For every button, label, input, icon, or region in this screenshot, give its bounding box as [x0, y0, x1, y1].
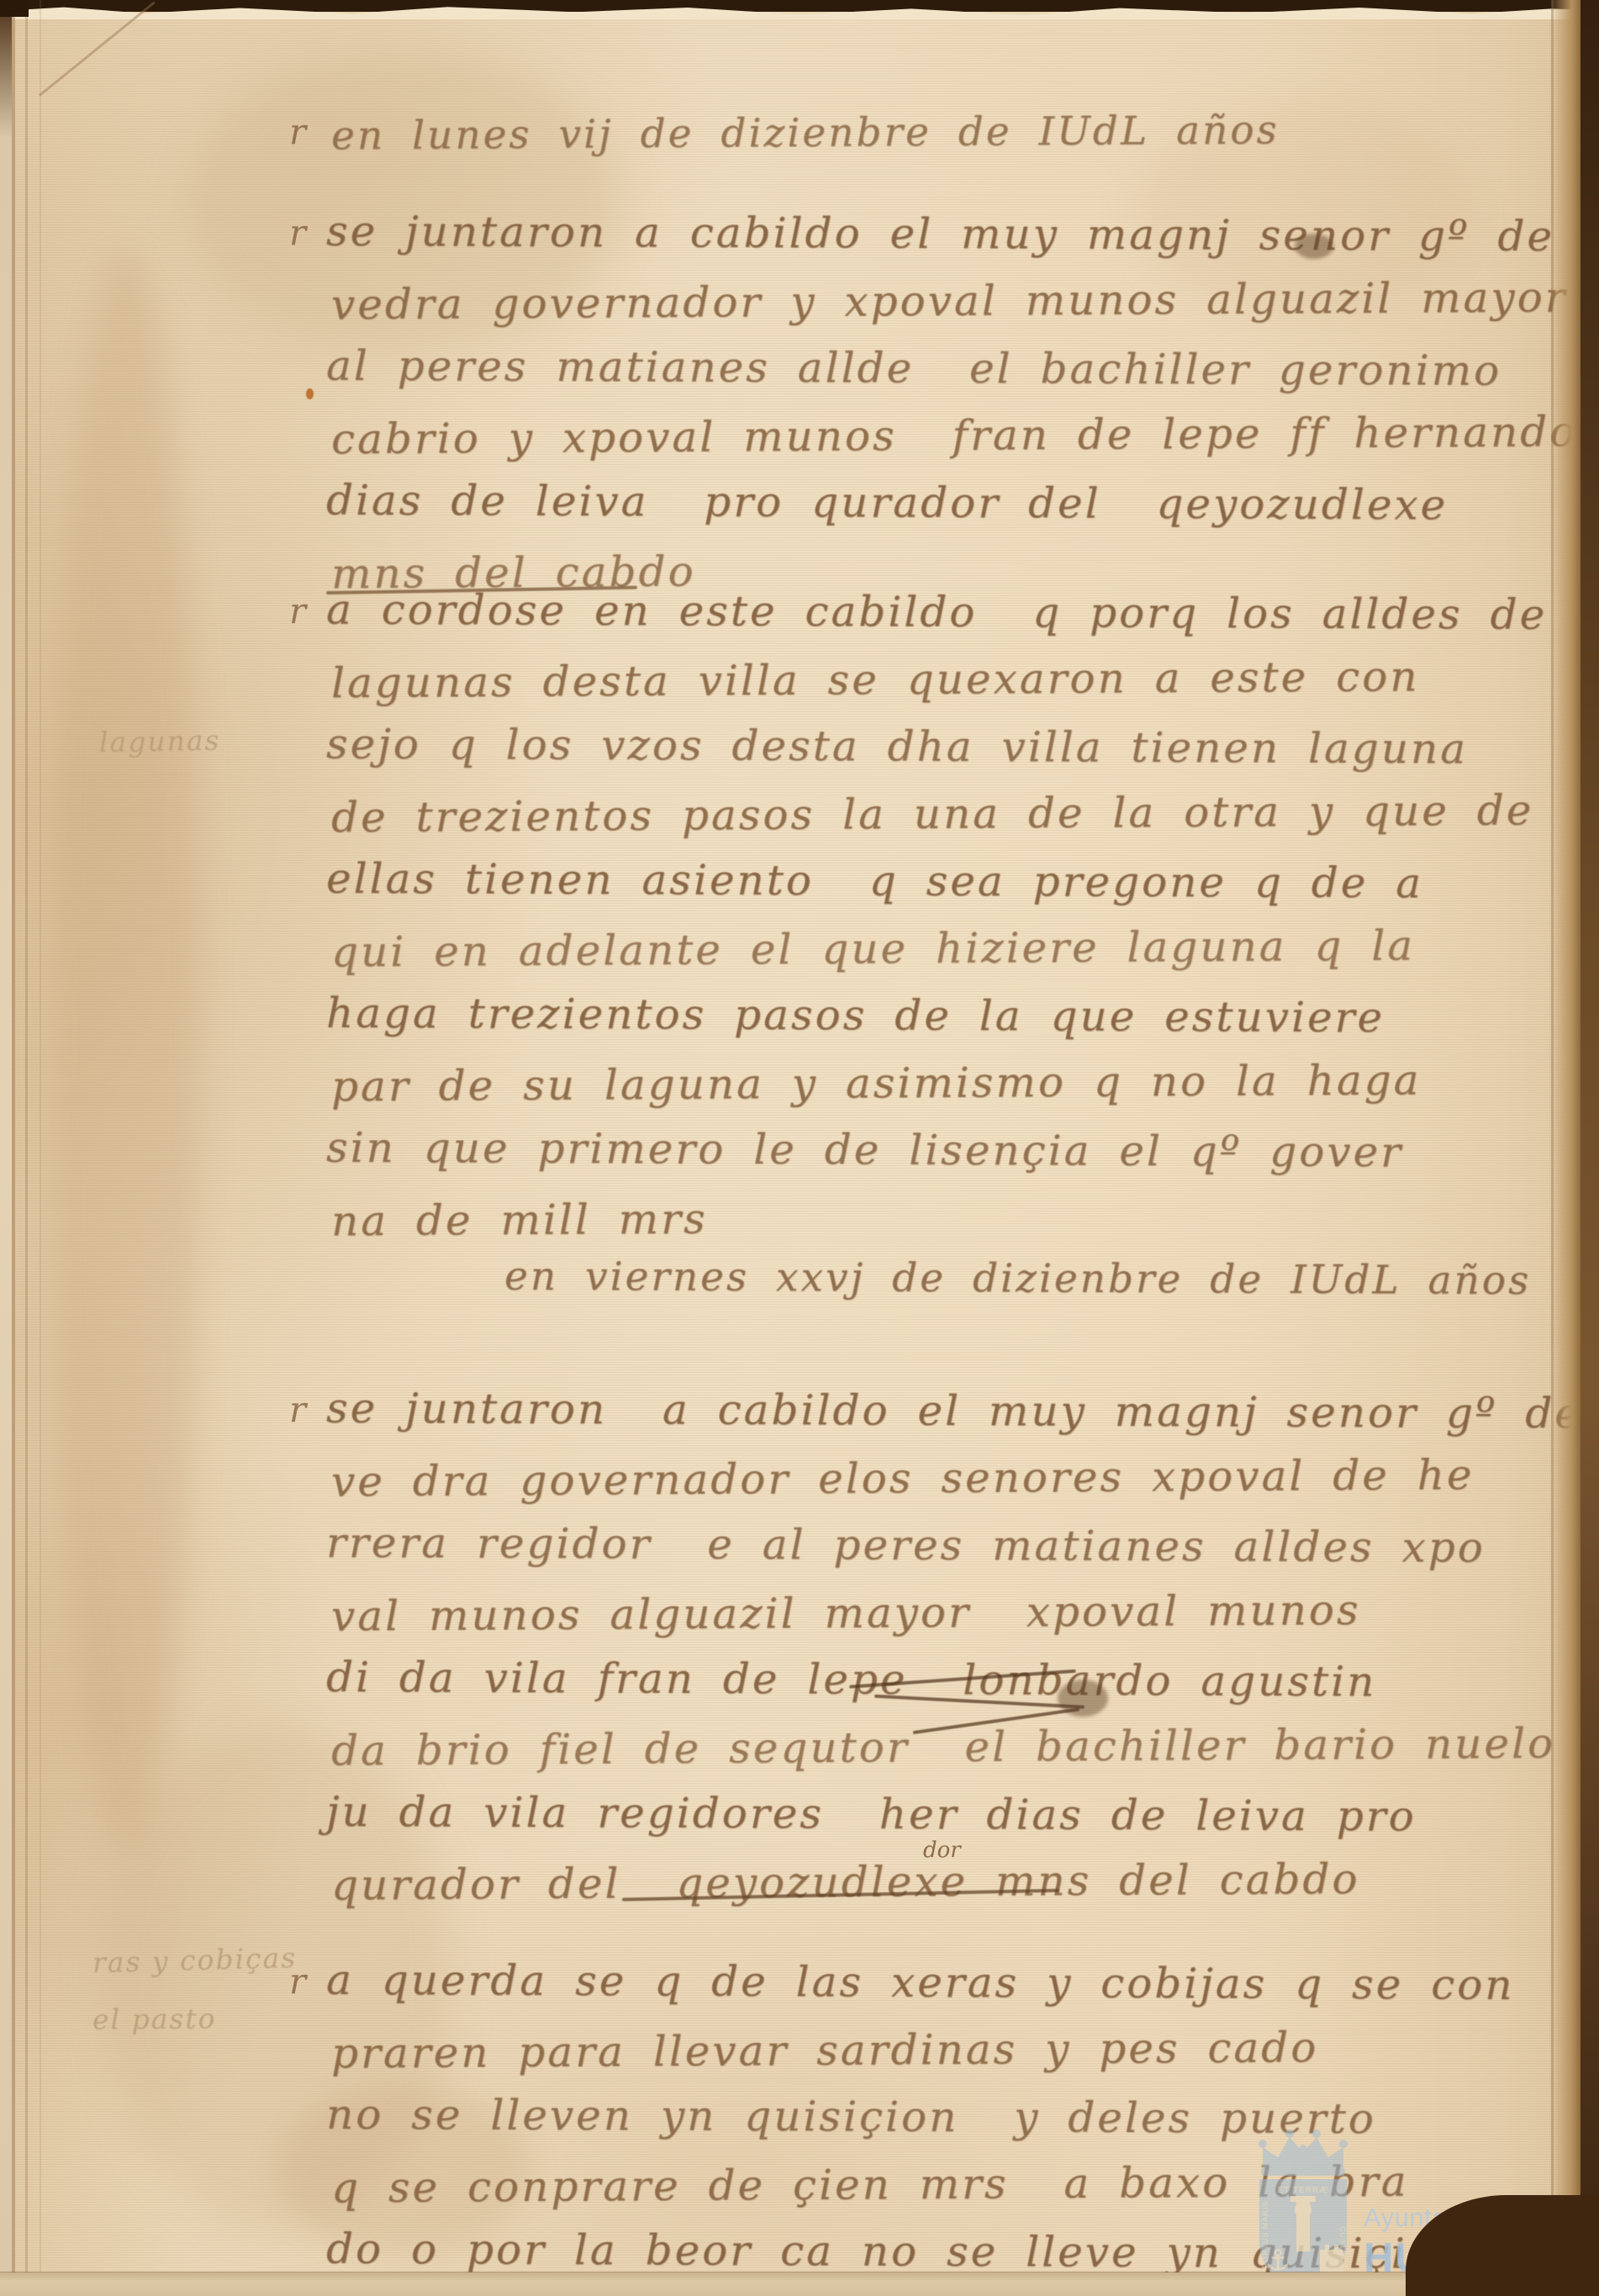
scanned-manuscript-page: { "colors": { "paper": "#e9d6b6", "ink":… [0, 0, 1599, 2296]
manuscript-line: rrera regidor e al peres matianes alldes… [326, 1509, 1554, 1581]
superscript-dor: dor [923, 1838, 961, 1863]
manuscript-line: cabrio y xpoval munos fran de lepe ff he… [331, 399, 1554, 473]
binding-corner-top-left [0, 0, 29, 17]
manuscript-line: de trezientos pasos la una de la otra y … [331, 777, 1554, 852]
paper-crease [40, 0, 41, 2296]
manuscript-line: a cordose en este cabildo q porq los all… [326, 576, 1554, 648]
manuscript-line: lagunas desta villa se quexaron a este c… [331, 642, 1554, 717]
binding-edge-right [1581, 0, 1599, 2296]
paragraph-mark: r [289, 1389, 306, 1430]
huelva-crest-icon: ET TERRÆ ⚓ PORTUS MARIS CUSTODIA [1251, 2125, 1355, 2296]
manuscript-line: val munos alguazil mayor xpoval munos [331, 1576, 1554, 1650]
page-edge-left [0, 0, 12, 2296]
ink-speck [306, 388, 314, 399]
manuscript-line: ellas tienen asiento q sea pregone q de … [326, 845, 1554, 917]
margin-note-lagunas: lagunas [99, 724, 221, 759]
paragraph-mark: r [289, 590, 306, 631]
dateline-friday-block: en viernes xxvj de dizienbre de IUdL año… [504, 1246, 1599, 1313]
paragraph-mark: r [289, 111, 306, 152]
dateline-friday: en viernes xxvj de dizienbre de IUdL año… [504, 1243, 1599, 1316]
manuscript-line: da brio fiel de sequtor el bachiller bar… [331, 1710, 1554, 1785]
heading-date-line-block: r en lunes vij de dizienbre de IUdL años [326, 99, 1554, 166]
manuscript-line: haga trezientos pasos de la que estuvier… [326, 979, 1554, 1052]
paragraph-lagunas-ordinance: r a cordose en este cabildo q porq los a… [326, 578, 1554, 1251]
manuscript-line: sejo q los vzos desta dha villa tienen l… [326, 710, 1554, 783]
paragraph-lines: se juntaron a cabildo el muy magnj senor… [326, 1377, 1554, 1915]
crest-motto-left: PORTUS MARIS [1261, 2201, 1269, 2268]
page-edge-right [1552, 0, 1581, 2296]
manuscript-line: a querda se q de las xeras y cobijas q s… [326, 1946, 1554, 2019]
ink-blot [1295, 234, 1333, 259]
manuscript-line: vedra governador y xpoval munos alguazil… [331, 264, 1554, 339]
manuscript-line: se juntaron a cabildo el muy magnj senor… [326, 1375, 1554, 1447]
page-edge-left-line [12, 0, 15, 2296]
paragraph-mark: r [289, 212, 306, 253]
paragraph-lines: a cordose en este cabildo q porq los all… [326, 578, 1554, 1251]
margin-note-cobijas: ras y cobiças [92, 1941, 298, 1979]
crest-motto-right: CUSTODIA [1338, 2226, 1347, 2272]
paragraph-session-monday: r se juntaron a cabildo el muy magnj sen… [326, 200, 1554, 604]
paragraph-session-friday: r se juntaron a cabildo el muy magnj sen… [326, 1377, 1554, 1915]
margin-note-pasto: el pasto [92, 2002, 217, 2035]
heading-date-line: en lunes vij de dizienbre de IUdL años [331, 96, 1554, 171]
svg-text:ET TERRÆ: ET TERRÆ [1278, 2186, 1328, 2195]
page-edge-bottom [0, 2272, 1599, 2296]
paragraph-lines: se juntaron a cabildo el muy magnj senor… [326, 200, 1554, 604]
manuscript-line: praren para llevar sardinas y pes cado [331, 2013, 1554, 2088]
manuscript-line: sin que primero le de lisençia el qº gov… [326, 1114, 1554, 1186]
manuscript-line: dias de leiva pro qurador del qeyozudlex… [326, 467, 1554, 539]
paper-crease [25, 0, 28, 2296]
manuscript-line: se juntaron a cabildo el muy magnj senor… [326, 198, 1554, 270]
manuscript-line: qui en adelante el que hiziere laguna q … [331, 911, 1554, 986]
manuscript-line: al peres matianes allde el bachiller ger… [326, 332, 1554, 404]
manuscript-line: par de su laguna y asimismo q no la haga [331, 1046, 1554, 1121]
manuscript-line: ve dra governador elos senores xpoval de… [331, 1441, 1554, 1516]
ink-blot [1058, 1680, 1108, 1717]
